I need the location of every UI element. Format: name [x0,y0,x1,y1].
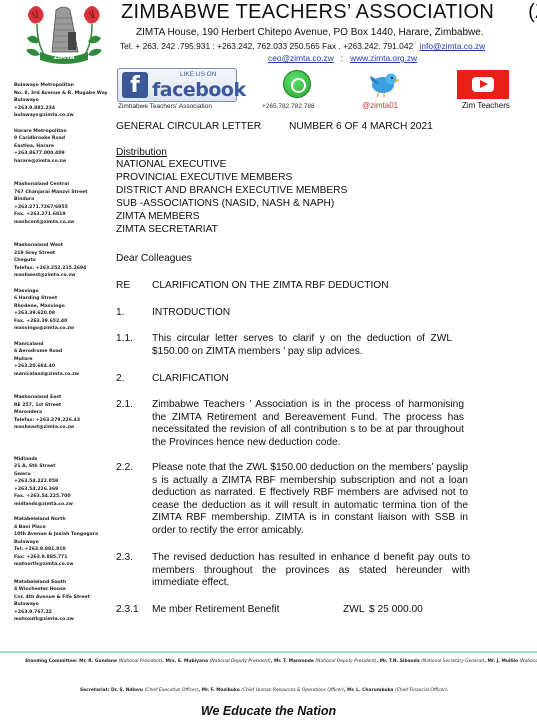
section-title-introduction: INTRODUCTION [152,307,230,318]
office-block: Midlands21 A, 6th StreetGweru+263.54.222… [14,456,109,509]
info-email-link[interactable]: info@zimta.co.zw [419,41,485,51]
ceo-email-link[interactable]: ceo@zimta.co.zw [268,53,334,63]
org-abbr: (ZIMTA) [528,1,537,23]
benefit-currency: ZWL [343,604,365,615]
org-address: ZIMTA House, 190 Herbert Chitepo Avenue,… [136,27,484,38]
play-icon [472,77,494,92]
separator: : [341,53,343,63]
paragraph-2-3: The revised deduction has resulted in en… [152,552,470,590]
office-detail: +263.271.7267/6955 [14,204,109,212]
office-detail: Chegutu [14,257,109,265]
section-number: 1. [116,307,125,318]
member-name: Mr. F. Mazibuko [202,688,240,693]
office-detail: 219 Grey Street [14,250,109,258]
committee-label: Standing Committee: [25,659,78,664]
office-detail: 767 Chanjarai Manzvi Street [14,189,109,197]
office-detail: Gweru [14,471,109,479]
letter-number: NUMBER 6 OF 4 MARCH 2021 [289,121,433,132]
office-detail: Marondera [14,409,109,417]
salutation: Dear Colleagues [116,253,192,264]
office-detail: manicaland@zimta.co.zw [14,371,109,379]
section-number: 2.3. [116,552,133,563]
office-detail: bulawayo@zimta.co.zw [14,112,109,120]
contact-line: Tel. + 263. 242 .795.931 : +263.242. 762… [120,41,489,51]
svg-text:ZIMTA: ZIMTA [54,54,75,61]
website-link[interactable]: www.zimta.org.zw [350,53,417,63]
office-detail: +263.39.620.08 [14,310,109,318]
office-name: Manicaland [14,341,109,349]
re-label: RE [116,280,130,291]
member-name: Mrs. E. Mubiyana [165,659,208,664]
whatsapp-icon[interactable] [283,70,311,98]
office-block: Mashonaland EastRE 257, 1st StreetMarond… [14,394,109,432]
office-detail: +263.8677.000.409 [14,150,109,158]
office-detail: mashwest@zimta.co.zw [14,272,109,280]
office-detail: mashcent@zimta.co.zw [14,219,109,227]
member-name: Mr. T.N. Sibanda [380,659,420,664]
office-detail: +263.9.881.234 [14,105,109,113]
member-name: Mr. T. Manzonde [274,659,314,664]
member-role: (Chief Financial Officer) [395,688,447,693]
member-role: (National Treasurer) [520,659,537,664]
org-title: ZIMBABWE TEACHERS’ ASSOCIATION(ZIMTA) [121,1,537,24]
office-block: Matabeleland North4 Bani Place10th Avenu… [14,516,109,569]
paragraph-2-1: Zimbabwe Teachers ’ Association is in th… [152,399,464,449]
office-detail: masheast@zimta.co.zw [14,424,109,432]
distribution-item: SUB -ASSOCIATIONS (NASID, NASH & NAPH) [116,198,334,209]
office-detail: Eastlea, Harare [14,143,109,151]
office-detail: Bulawayo [14,97,109,105]
member-name: Dr. S. Ndlovu [111,688,143,693]
distribution-item: ZIMTA SECRETARIAT [116,224,218,235]
member-role: (Chief Human Resources & Operations Offi… [241,688,344,693]
section-number: 2.3.1 [116,604,139,615]
section-title-clarification: CLARIFICATION [152,373,229,384]
office-detail: midlands@zimta.co.zw [14,501,109,509]
twitter-bird-icon[interactable] [366,70,400,98]
office-block: Masvingo6 Harding StreetRhodene, Masving… [14,288,109,333]
office-name: Mashonaland Central [14,181,109,189]
office-detail: Fax. +263.39.652.40 [14,318,109,326]
member-name: Mr. L. Charumbuka [347,688,393,693]
office-detail: Rhodene, Masvingo [14,303,109,311]
youtube-icon[interactable] [457,70,509,99]
section-number: 1.1. [116,333,133,344]
office-detail: Telefax: +263.279.226.43 [14,417,109,425]
office-detail: 9 Caridbrooke Road [14,135,109,143]
office-detail: +263.9.767.22 [14,609,109,617]
office-detail: 4 Winchester House [14,586,109,594]
member-role: (National President) [119,659,163,664]
office-detail: matnorth@zimta.co.zw [14,561,109,569]
distribution-heading: Distribution [116,147,167,158]
office-detail: Fax. +263.271.6819 [14,211,109,219]
office-detail: Telefax. +263.252.215.2694 [14,265,109,273]
office-detail: 21 A, 6th Street [14,463,109,471]
office-name: Mashonaland East [14,394,109,402]
distribution-item: PROVINCIAL EXECUTIVE MEMBERS [116,172,292,183]
whatsapp-caption: +265.782.782.788 [262,103,315,110]
facebook-icon: f [122,72,148,98]
section-number: 2.1. [116,399,133,410]
office-detail: masvingo@zimta.co.zw [14,325,109,333]
distribution-item: NATIONAL EXECUTIVE [116,159,226,170]
office-name: Masvingo [14,288,109,296]
telephone-numbers: Tel. + 263. 242 .795.931 : +263.242. 762… [120,41,413,51]
distribution-item: DISTRICT AND BRANCH EXECUTIVE MEMBERS [116,185,347,196]
letter-type: GENERAL CIRCULAR LETTER [116,121,261,132]
office-detail: +263.54.222.058 [14,478,109,486]
left-flower-icon [26,6,45,56]
office-name: Midlands [14,456,109,464]
member-role: (National Secretary General) [421,659,484,664]
office-detail: No. 8, 3rd Avenue & R. Mugabe Way [14,90,109,98]
section-number: 2. [116,373,125,384]
facebook-wordmark: facebook [152,79,246,101]
twitter-caption: @zimta01 [362,101,398,110]
office-name: Matabeleland North [14,516,109,524]
youtube-caption: Zim Teachers [462,101,510,110]
benefit-amount: $ 25 000.00 [369,604,423,615]
office-detail: Cnr. 4th Avenue & Fife Street [14,594,109,602]
office-block: Mashonaland Central767 Chanjarai Manzvi … [14,181,109,226]
paragraph-2-2: Please note that the ZWL $150.00 deducti… [152,462,468,538]
office-detail: Fax: +263.9.885.771 [14,554,109,562]
right-flower-icon [84,6,102,56]
office-name: Harare Metropolitan [14,128,109,136]
office-detail: 6 Harding Street [14,295,109,303]
zimta-logo: ZIMTA [22,2,106,64]
office-detail: 4 Bani Place [14,524,109,532]
member-role: (National Deputy President) [210,659,271,664]
office-detail: 10th Avenue & Josiah Tongogara [14,531,109,539]
distribution-item: ZIMTA MEMBERS [116,211,200,222]
email-line: ceo@zimta.co.zw:www.zimta.org.zw [268,53,417,63]
re-subject: CLARIFICATION ON THE ZIMTA RBF DEDUCTION [152,280,389,291]
section-number: 2.2. [116,462,133,473]
footer-divider [0,651,537,653]
office-detail: 6 Aerodrome Road [14,348,109,356]
office-block: Harare Metropolitan9 Caridbrooke RoadEas… [14,128,109,166]
office-detail: Bulawayo [14,539,109,547]
office-block: Mashonaland West219 Grey StreetChegutuTe… [14,242,109,280]
facebook-badge[interactable]: f LIKE US ON facebook [117,68,237,102]
secretariat: Secretariat: Dr. S. Ndlovu (Chief Execut… [80,688,449,693]
member-role: (Chief Executive Officer) [145,688,199,693]
office-block: Matabeleland South4 Winchester HouseCnr.… [14,579,109,624]
facebook-caption: Zimbabwe Teachers' Association [118,103,212,110]
office-detail: +263.20.684.40 [14,363,109,371]
org-name: ZIMBABWE TEACHERS’ ASSOCIATION [121,1,494,23]
standing-committee: Standing Committee: Mr. R. Gundane (Nati… [25,659,537,664]
office-name: Bulawayo Metropolitan [14,82,109,90]
office-detail: +263.54.226.369 [14,486,109,494]
office-name: Mashonaland West [14,242,109,250]
member-name: Mr. J. Mullilo [488,659,518,664]
committee-label: Secretariat: [80,688,109,693]
facebook-like-text: LIKE US ON [180,71,216,78]
office-name: Matabeleland South [14,579,109,587]
office-detail: Bulawayo [14,601,109,609]
motto: We Educate the Nation [0,704,537,718]
office-block: Manicaland6 Aerodrome RoadMutare+263.20.… [14,341,109,379]
provincial-offices: Bulawayo MetropolitanNo. 8, 3rd Avenue &… [14,82,109,624]
paragraph-1-1: This circular letter serves to clarif y … [152,333,452,358]
office-detail: harare@zimta.co.zw [14,158,109,166]
member-role: (National Deputy President) [315,659,376,664]
office-detail: Fax. +263.54.225.700 [14,493,109,501]
benefit-label: Me mber Retirement Benefit [152,604,279,615]
office-block: Bulawayo MetropolitanNo. 8, 3rd Avenue &… [14,82,109,120]
office-detail: Tel: +263.9.881.910 [14,546,109,554]
office-detail: matsouth@zimta.co.zw [14,616,109,624]
office-detail: RE 257, 1st Street [14,402,109,410]
office-detail: Bindura [14,196,109,204]
office-detail: Mutare [14,356,109,364]
member-name: Mr. R. Gundane [79,659,117,664]
